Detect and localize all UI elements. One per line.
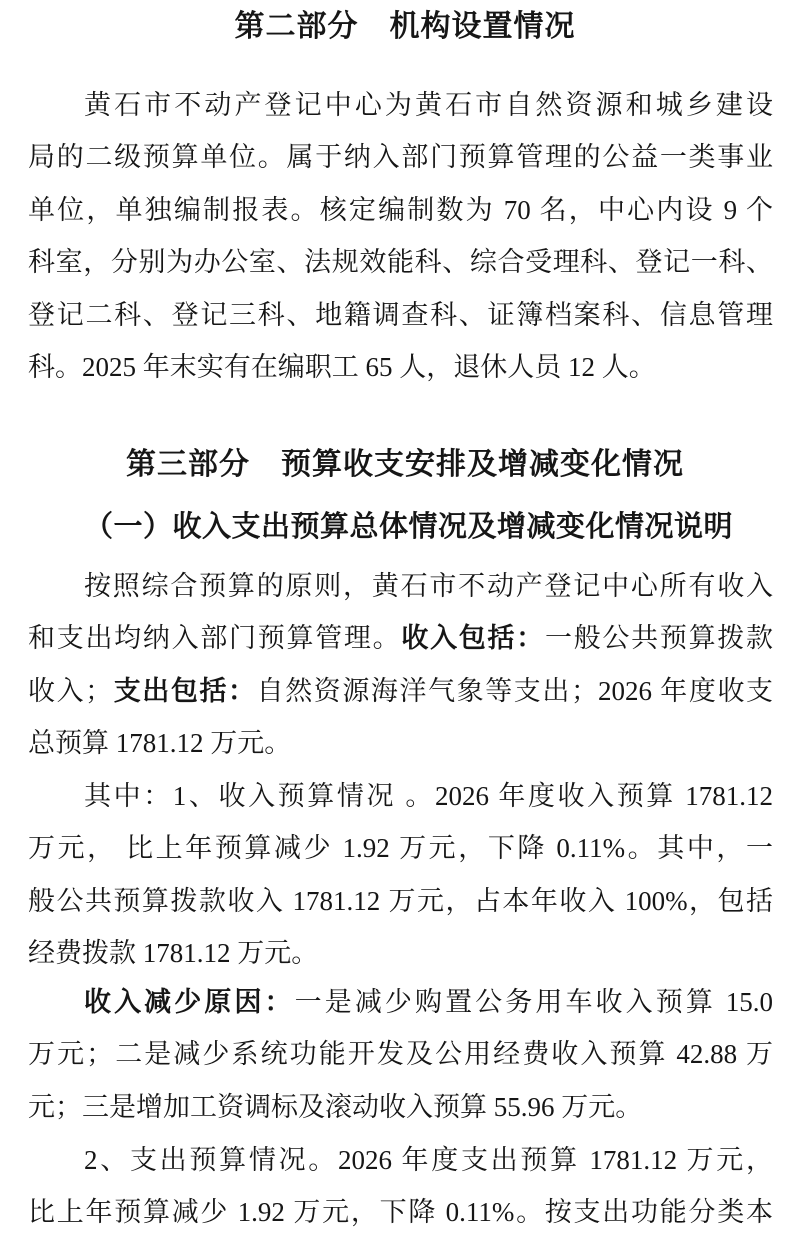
subsection-1-heading: （一）收入支出预算总体情况及增减变化情况说明 [28, 505, 773, 549]
overview-paragraph: 按照综合预算的原则，黄石市不动产登记中心所有收入 和支出均纳入部门预算管理。收入… [28, 560, 773, 770]
section-2-title: 第二部分 机构设置情况 [0, 6, 810, 48]
text-line: 科室，分别为办公室、法规效能科、综合受理科、登记一科、 [28, 236, 773, 288]
text-line: 元；三是增加工资调标及滚动收入预算 55.96 万元。 [28, 1081, 773, 1133]
income-budget-paragraph: 其中：1、收入预算情况 。2026 年度收入预算 1781.12 万元， 比上年… [28, 770, 773, 980]
text-line: 单位，单独编制报表。核定编制数为 70 名，中心内设 9 个 [28, 184, 773, 236]
text-line: 收入；支出包括：自然资源海洋气象等支出；2026 年度收支 [28, 665, 773, 717]
text-segment: 一般公共预算拨款 [545, 623, 773, 653]
text-segment-bold: 支出包括： [112, 676, 256, 706]
income-decrease-reason-paragraph: 收入减少原因：一是减少购置公务用车收入预算 15.0 万元；二是减少系统功能开发… [28, 976, 773, 1133]
text-line: 收入减少原因：一是减少购置公务用车收入预算 15.0 [28, 976, 773, 1028]
text-line: 2、支出预算情况。2026 年度支出预算 1781.12 万元， [28, 1134, 773, 1186]
text-segment: 和支出均纳入部门预算管理。 [28, 623, 401, 653]
text-line: 万元；二是减少系统功能开发及公用经费收入预算 42.88 万 [28, 1028, 773, 1080]
text-segment-bold: 收入包括： [401, 623, 545, 653]
section-3-title: 第三部分 预算收支安排及增减变化情况 [0, 444, 810, 486]
text-line: 黄石市不动产登记中心为黄石市自然资源和城乡建设 [28, 79, 773, 131]
text-segment: 收入； [28, 676, 112, 706]
text-line: 比上年预算减少 1.92 万元，下降 0.11%。按支出功能分类本 [28, 1186, 773, 1238]
text-line: 局的二级预算单位。属于纳入部门预算管理的公益一类事业 [28, 131, 773, 183]
section-2-paragraph: 黄石市不动产登记中心为黄石市自然资源和城乡建设 局的二级预算单位。属于纳入部门预… [28, 79, 773, 393]
text-line: 万元， 比上年预算减少 1.92 万元，下降 0.11%。其中，一 [28, 822, 773, 874]
text-line: 总预算 1781.12 万元。 [28, 717, 773, 769]
text-line: 科。2025 年末实有在编职工 65 人，退休人员 12 人。 [28, 341, 773, 393]
document-page: 第二部分 机构设置情况 黄石市不动产登记中心为黄石市自然资源和城乡建设 局的二级… [0, 0, 810, 1246]
text-line: 登记二科、登记三科、地籍调查科、证簿档案科、信息管理 [28, 289, 773, 341]
text-line: 般公共预算拨款收入 1781.12 万元，占本年收入 100%，包括 [28, 875, 773, 927]
text-line: 其中：1、收入预算情况 。2026 年度收入预算 1781.12 [28, 770, 773, 822]
text-segment: 自然资源海洋气象等支出；2026 年度收支 [257, 676, 773, 706]
text-segment-bold: 收入减少原因： [84, 987, 295, 1017]
expenditure-budget-paragraph: 2、支出预算情况。2026 年度支出预算 1781.12 万元， 比上年预算减少… [28, 1134, 773, 1239]
text-segment: 一是减少购置公务用车收入预算 15.0 [295, 987, 773, 1017]
text-line: 经费拨款 1781.12 万元。 [28, 927, 773, 979]
text-line: 和支出均纳入部门预算管理。收入包括：一般公共预算拨款 [28, 612, 773, 664]
text-line: 按照综合预算的原则，黄石市不动产登记中心所有收入 [28, 560, 773, 612]
